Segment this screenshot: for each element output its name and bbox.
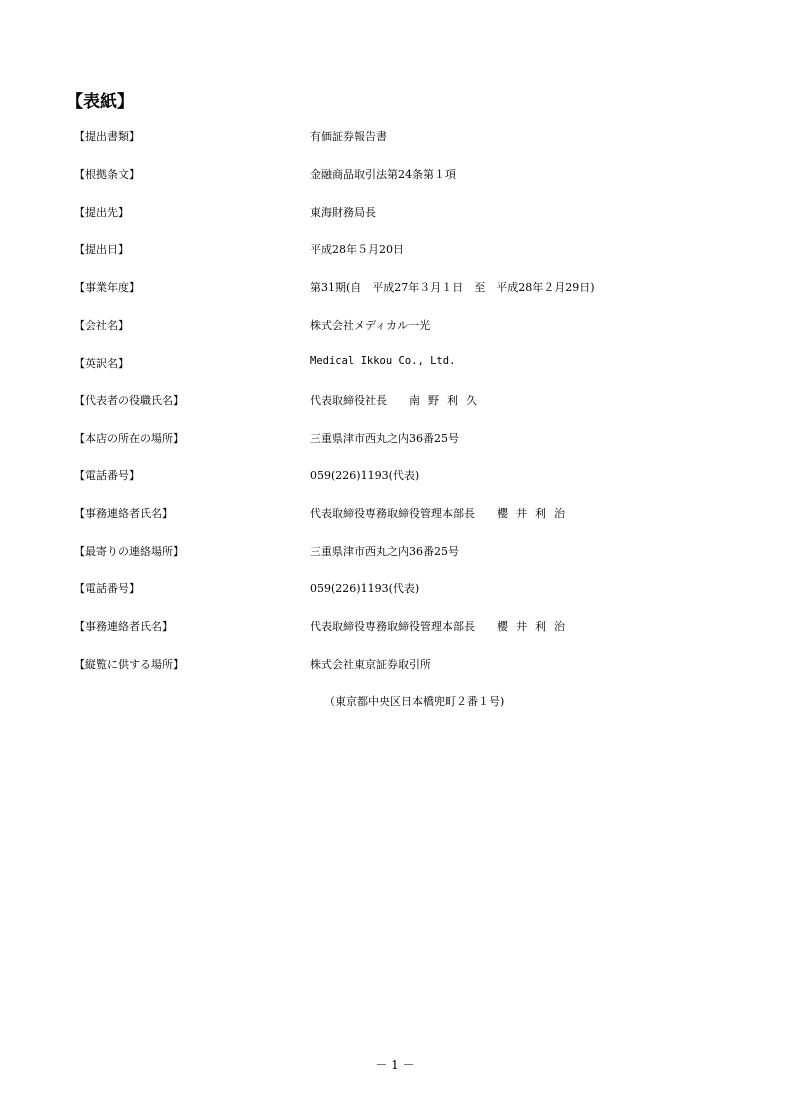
row-phone-2: 【電話番号】 059(226)1193(代表) xyxy=(74,580,714,600)
page-number: － 1 － xyxy=(0,1056,790,1073)
field-label: 【電話番号】 xyxy=(74,580,140,596)
field-label: 【提出日】 xyxy=(74,241,129,257)
row-legal-basis: 【根拠条文】 金融商品取引法第24条第１項 xyxy=(74,166,714,186)
field-value: 平成28年５月20日 xyxy=(310,241,404,257)
row-fiscal-year: 【事業年度】 第31期(自 平成27年３月１日 至 平成28年２月29日) xyxy=(74,279,714,299)
row-public-inspection-address: （東京都中央区日本橋兜町２番１号) xyxy=(74,693,714,713)
row-contact-person: 【事務連絡者氏名】 代表取締役専務取締役管理本部長櫻井利治 xyxy=(74,505,714,525)
row-representative: 【代表者の役職氏名】 代表取締役社長南野利久 xyxy=(74,392,714,412)
field-value: 059(226)1193(代表) xyxy=(310,467,419,483)
row-nearest-contact: 【最寄りの連絡場所】 三重県津市西丸之内36番25号 xyxy=(74,543,714,563)
row-submission-date: 【提出日】 平成28年５月20日 xyxy=(74,241,714,261)
field-value: Medical Ikkou Co., Ltd. xyxy=(310,355,455,367)
field-value: 株式会社東京証券取引所 xyxy=(310,656,431,672)
row-phone: 【電話番号】 059(226)1193(代表) xyxy=(74,467,714,487)
person-name: 南野利久 xyxy=(409,394,485,407)
field-label: 【事業年度】 xyxy=(74,279,140,295)
field-label: 【最寄りの連絡場所】 xyxy=(74,543,184,559)
field-value: 株式会社メディカル一光 xyxy=(310,317,430,333)
field-label: 【英訳名】 xyxy=(74,355,129,371)
field-value: 代表取締役社長南野利久 xyxy=(310,392,485,408)
field-value: 有価証券報告書 xyxy=(310,128,387,144)
row-head-office: 【本店の所在の場所】 三重県津市西丸之内36番25号 xyxy=(74,430,714,450)
row-submitted-to: 【提出先】 東海財務局長 xyxy=(74,204,714,224)
row-document-type: 【提出書類】 有価証券報告書 xyxy=(74,128,714,148)
field-value: 三重県津市西丸之内36番25号 xyxy=(310,543,459,559)
row-english-name: 【英訳名】 Medical Ikkou Co., Ltd. xyxy=(74,355,714,375)
page-title: 【表紙】 xyxy=(66,87,134,112)
field-value: 第31期(自 平成27年３月１日 至 平成28年２月29日) xyxy=(310,279,595,295)
field-label: 【根拠条文】 xyxy=(74,166,140,182)
position-title: 代表取締役専務取締役管理本部長 xyxy=(310,507,475,520)
row-contact-person-2: 【事務連絡者氏名】 代表取締役専務取締役管理本部長櫻井利治 xyxy=(74,618,714,638)
field-label: 【提出先】 xyxy=(74,204,129,220)
field-label: 【会社名】 xyxy=(74,317,129,333)
field-label: 【本店の所在の場所】 xyxy=(74,430,184,446)
field-label: 【事務連絡者氏名】 xyxy=(74,505,173,521)
person-name: 櫻井利治 xyxy=(497,507,573,520)
position-title: 代表取締役社長 xyxy=(310,394,387,407)
field-value: 東海財務局長 xyxy=(310,204,376,220)
field-value: 金融商品取引法第24条第１項 xyxy=(310,166,456,182)
field-value: （東京都中央区日本橋兜町２番１号) xyxy=(324,693,504,709)
position-title: 代表取締役専務取締役管理本部長 xyxy=(310,620,475,633)
field-value: 059(226)1193(代表) xyxy=(310,580,419,596)
field-value: 代表取締役専務取締役管理本部長櫻井利治 xyxy=(310,618,573,634)
field-label: 【代表者の役職氏名】 xyxy=(74,392,184,408)
field-label: 【縦覧に供する場所】 xyxy=(74,656,184,672)
field-label: 【事務連絡者氏名】 xyxy=(74,618,173,634)
field-label: 【提出書類】 xyxy=(74,128,140,144)
row-company-name: 【会社名】 株式会社メディカル一光 xyxy=(74,317,714,337)
row-public-inspection: 【縦覧に供する場所】 株式会社東京証券取引所 xyxy=(74,656,714,676)
field-value: 代表取締役専務取締役管理本部長櫻井利治 xyxy=(310,505,573,521)
person-name: 櫻井利治 xyxy=(497,620,573,633)
field-label: 【電話番号】 xyxy=(74,467,140,483)
field-value: 三重県津市西丸之内36番25号 xyxy=(310,430,459,446)
